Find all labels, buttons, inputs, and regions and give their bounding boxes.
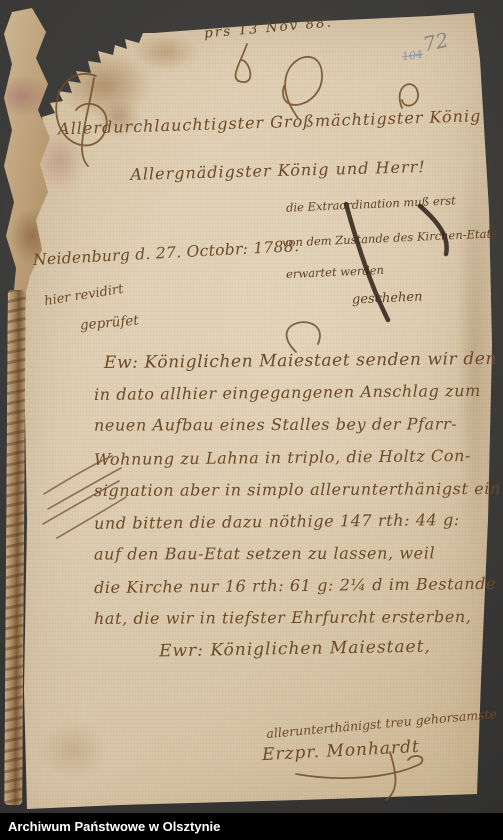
body-line: die Kirche nur 16 rth: 61 g: 2¼ d im Bes… [94, 575, 496, 597]
body-line: Ew: Königlichen Maiestaet senden wir den [104, 350, 497, 373]
body-line: neuen Aufbau eines Stalles bey der Pfarr… [94, 415, 457, 434]
archive-name: Archiwum Państwowe w Olsztynie [8, 819, 220, 834]
body-line: hat, die wir in tiefster Ehrfurcht erste… [94, 608, 472, 628]
archive-watermark-bar: Archiwum Państwowe w Olsztynie [0, 813, 503, 840]
new-page-number: 72 [421, 29, 450, 56]
paper-stain [118, 26, 213, 78]
paper-stain [28, 710, 118, 790]
body-line: Wohnung zu Lahna in triplo, die Holtz Co… [94, 447, 471, 469]
body-line: in dato allhier eingegangenen Anschlag z… [94, 382, 481, 404]
body-line: signation aber in simplo allerunterthäni… [94, 480, 501, 500]
archival-scan: prs 13 Nov 88. 104 72 Allerdurchlauchtig… [0, 0, 503, 840]
body-line: und bitten die dazu nöthige 147 rth: 44 … [94, 511, 460, 532]
book-binding-edge [4, 290, 26, 805]
body-line: auf den Bau-Etat setzen zu lassen, weil [94, 544, 435, 563]
